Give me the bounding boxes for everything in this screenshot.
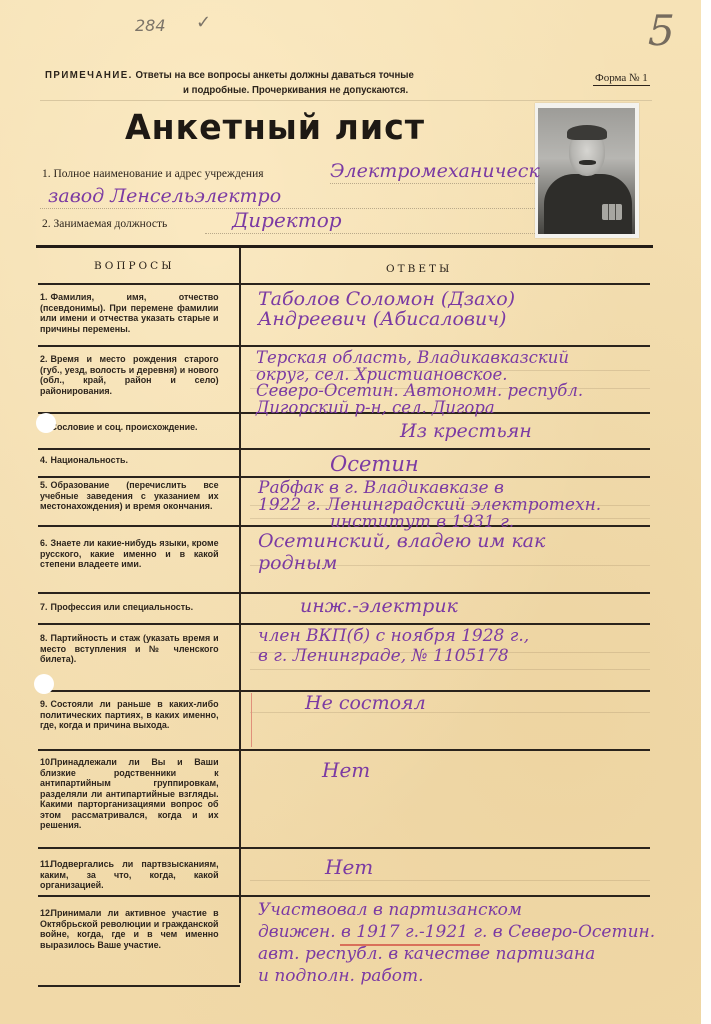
portrait-photo (535, 103, 639, 238)
question-4: 4.Национальность. (40, 455, 219, 466)
question-number: 9. (40, 699, 51, 710)
guide-line (250, 388, 650, 389)
question-text: Принадлежали ли Вы и Ваши близкие родств… (40, 757, 219, 830)
question-5: 5.Образование (перечислить все учебные з… (40, 480, 219, 512)
photo-moustache (579, 160, 596, 165)
note-text-line1: Ответы на все вопросы анкеты должны дава… (136, 69, 414, 81)
question-3: 3.Сословие и соц. происхождение. (40, 422, 219, 433)
question-number: 1. (40, 292, 51, 303)
guide-line (250, 518, 650, 519)
answer-12-line-1: Участвовал в партизанском (258, 900, 522, 920)
question-number: 4. (40, 455, 51, 466)
row-divider (38, 985, 240, 987)
document-page: 284 ✓ 5 ПРИМЕЧАНИЕ. Ответы на все вопрос… (0, 0, 701, 1024)
row-divider (38, 623, 650, 625)
field-institution-value-line2: завод Ленсельэлектро (48, 185, 281, 207)
question-text: Национальность. (51, 455, 128, 465)
answer-1-line-1: Таболов Соломон (Дзахо) (258, 288, 515, 310)
field-line (205, 233, 535, 234)
column-header-answers: ОТВЕТЫ (386, 263, 452, 275)
question-number: 5. (40, 480, 51, 491)
red-underline (340, 944, 480, 946)
row-divider (38, 345, 650, 347)
guide-line (250, 370, 650, 371)
note-lead: ПРИМЕЧАНИЕ. (45, 69, 133, 81)
field-position-value: Директор (232, 208, 342, 232)
question-11: 11.Подвергались ли партвзысканиям, каким… (40, 859, 219, 891)
red-pencil-mark (251, 693, 252, 747)
answer-9-line-1: Не состоял (305, 692, 426, 714)
question-1: 1.Фамилия, имя, отчество (псевдонимы). П… (40, 292, 219, 334)
answer-3-line-1: Из крестьян (400, 420, 532, 442)
question-text: Образование (перечислить все учебные зав… (40, 480, 219, 511)
guide-line (250, 505, 650, 506)
answer-8-line-2: в г. Ленинграде, № 1105178 (258, 646, 509, 666)
question-text: Состояли ли раньше в каких-либо политиче… (40, 699, 219, 730)
question-text: Партийность и стаж (указать время и мест… (40, 633, 219, 664)
row-divider (38, 895, 650, 897)
answer-7-line-1: инж.-электрик (300, 595, 458, 617)
question-text: Сословие и соц. происхождение. (51, 422, 198, 432)
field-position-label: 2. Занимаемая должность (42, 218, 167, 230)
answer-11-line-1: Нет (325, 855, 373, 879)
question-10: 10.Принадлежали ли Вы и Ваши близкие род… (40, 757, 219, 831)
column-divider (239, 248, 241, 983)
question-number: 2. (40, 354, 51, 365)
question-7: 7.Профессия или специальность. (40, 602, 219, 613)
form-note: ПРИМЕЧАНИЕ. Ответы на все вопросы анкеты… (45, 68, 505, 98)
archive-number: 284 (135, 16, 166, 35)
question-6: 6.Знаете ли какие-нибудь языки, кроме ру… (40, 538, 219, 570)
question-text: Время и место рождения старого (губ., уе… (40, 354, 219, 396)
question-text: Принимали ли активное участие в Октябрьс… (40, 908, 219, 950)
guide-line (250, 669, 650, 670)
question-2: 2.Время и место рождения старого (губ., … (40, 354, 219, 396)
header-divider (40, 100, 652, 101)
guide-line (250, 712, 650, 713)
question-number: 7. (40, 602, 51, 613)
row-divider (38, 749, 650, 751)
guide-line (250, 652, 650, 653)
field-line (330, 183, 535, 184)
question-text: Подвергались ли партвзысканиям, каким, з… (40, 859, 219, 890)
question-9: 9.Состояли ли раньше в каких-либо полити… (40, 699, 219, 731)
answer-12-line-4: и подполн. работ. (258, 966, 423, 986)
answer-12-line-3: авт. республ. в качестве партизана (258, 944, 595, 964)
answer-10-line-1: Нет (322, 758, 370, 782)
punch-hole (36, 413, 56, 433)
answer-5-line-3: институт в 1931 г. (330, 512, 514, 532)
question-text: Фамилия, имя, отчество (псевдонимы). При… (40, 292, 219, 334)
question-number: 8. (40, 633, 51, 644)
row-divider (38, 448, 650, 450)
photo-image (538, 108, 635, 234)
question-number: 6. (40, 538, 51, 549)
check-mark-icon: ✓ (196, 12, 211, 33)
sheet-number: 5 (643, 6, 680, 55)
answer-4-line-1: Осетин (330, 452, 419, 476)
question-number: 10. (40, 757, 51, 768)
note-text-line2: и подробные. Прочеркивания не допускаютс… (45, 83, 505, 98)
question-text: Профессия или специальность. (51, 602, 194, 612)
question-12: 12.Принимали ли активное участие в Октяб… (40, 908, 219, 950)
row-divider (38, 847, 650, 849)
column-header-questions: ВОПРОСЫ (94, 260, 175, 272)
answer-1-line-2: Андреевич (Абисалович) (258, 308, 506, 330)
guide-line (250, 880, 650, 881)
guide-line (250, 565, 650, 566)
answer-2-line-4: Дигорский р-н, сел. Дигора (256, 398, 495, 417)
photo-hair (567, 125, 607, 140)
scan-edge (701, 0, 711, 1024)
row-divider (38, 592, 650, 594)
answer-12-line-2: движен. в 1917 г.-1921 г. в Северо-Осети… (258, 922, 655, 942)
medals-icon (602, 204, 622, 220)
answer-6-line-2: родным (258, 552, 337, 574)
form-number: Форма № 1 (593, 72, 650, 86)
question-8: 8.Партийность и стаж (указать время и ме… (40, 633, 219, 665)
question-number: 12. (40, 908, 51, 919)
field-institution-value-line1: Электромеханическ (330, 160, 540, 182)
answer-8-line-1: член ВКП(б) с ноября 1928 г., (258, 626, 529, 646)
page-title: Анкетный лист (125, 108, 425, 148)
table-top-border (36, 245, 653, 248)
question-text: Знаете ли какие-нибудь языки, кроме русс… (40, 538, 219, 569)
punch-hole (34, 674, 54, 694)
row-divider (38, 283, 650, 285)
question-number: 11. (40, 859, 51, 870)
answer-6-line-1: Осетинский, владею им как (258, 530, 545, 552)
field-institution-label: 1. Полное наименование и адрес учреждени… (42, 168, 264, 180)
